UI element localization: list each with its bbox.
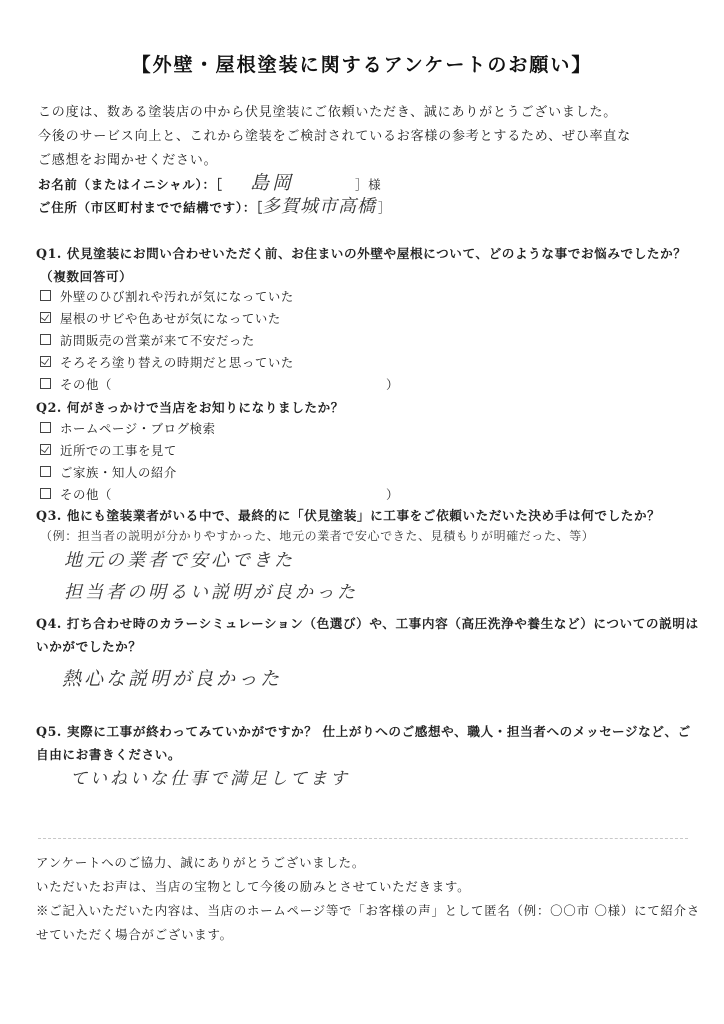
intro-line-1: この度は、数ある塗装店の中から伏見塗装にご依頼いただき、誠にありがとうございまし…: [38, 101, 617, 120]
q1-option-2[interactable]: 屋根のサビや色あせが気になっていた: [40, 309, 281, 327]
checkbox-icon[interactable]: [40, 488, 51, 499]
name-field[interactable]: 島岡: [250, 168, 294, 195]
q2-option-other[interactable]: その他（: [40, 485, 112, 503]
checkbox-icon[interactable]: [40, 334, 51, 345]
q2-option-2[interactable]: 近所での工事を見て: [40, 441, 177, 459]
closing-line-3: ※ご記入いただいた内容は、当店のホームページ等で「お客様の声」として匿名（例：〇…: [36, 901, 700, 919]
q1-option-other[interactable]: その他（: [40, 375, 112, 393]
checkbox-icon[interactable]: [40, 422, 51, 433]
checkbox-icon[interactable]: [40, 290, 51, 301]
name-label: お名前（またはイニシャル）：［: [38, 175, 223, 193]
q3-question: Q3. 他にも塗装業者がいる中で、最終的に「伏見塗装」に工事をご依頼いただいた決…: [36, 505, 660, 524]
q4-question-line-2: いかがでしたか？: [36, 636, 142, 655]
q3-example: （例：担当者の説明が分かりやすかった、地元の業者で安心できた、見積もりが明確だっ…: [40, 527, 594, 544]
q5-question-line-1: Q5. 実際に工事が終わってみていかがですか？ 仕上がりへのご感想や、職人・担当…: [36, 721, 691, 740]
intro-line-2: 今後のサービス向上と、これから塗装をご検討されているお客様の参考とするため、ぜひ…: [38, 125, 631, 144]
q1-option-3[interactable]: 訪問販売の営業が来て不安だった: [40, 331, 255, 349]
closing-line-4: せていただく場合がございます。: [36, 925, 233, 943]
q5-question-line-2: 自由にお書きください。: [36, 744, 181, 763]
checked-checkbox-icon[interactable]: [40, 356, 51, 367]
divider: [38, 838, 688, 839]
q1-note: （複数回答可）: [40, 266, 132, 285]
checked-checkbox-icon[interactable]: [40, 312, 51, 323]
address-suffix: ］: [378, 198, 391, 216]
name-suffix: ］様: [355, 175, 381, 193]
survey-title: 【外壁・屋根塗装に関するアンケートのお願い】: [0, 50, 724, 77]
q4-answer[interactable]: 熱心な説明が良かった: [62, 664, 282, 691]
q3-answer-line-1[interactable]: 地元の業者で安心できた: [64, 546, 295, 572]
q3-answer-line-2[interactable]: 担当者の明るい説明が良かった: [64, 578, 358, 604]
checked-checkbox-icon[interactable]: [40, 444, 51, 455]
q1-question: Q1. 伏見塗装にお問い合わせいただく前、お住まいの外壁や屋根について、どのよう…: [36, 243, 687, 262]
closing-line-2: いただいたお声は、当店の宝物として今後の励みとさせていただきます。: [36, 877, 470, 895]
q2-option-1[interactable]: ホームページ・ブログ検索: [40, 419, 216, 437]
q1-other-close: ）: [386, 375, 399, 393]
q1-option-1[interactable]: 外壁のひび割れや汚れが気になっていた: [40, 287, 294, 305]
address-label: ご住所（市区町村までで結構です）：［: [38, 198, 263, 216]
q2-other-close: ）: [386, 485, 399, 503]
q2-question: Q2. 何がきっかけで当店をお知りになりましたか？: [36, 397, 344, 416]
intro-line-3: ご感想をお聞かせください。: [38, 149, 217, 168]
address-field[interactable]: 多賀城市高橋: [262, 192, 376, 218]
checkbox-icon[interactable]: [40, 378, 51, 389]
q2-option-3[interactable]: ご家族・知人の紹介: [40, 463, 177, 481]
q5-answer[interactable]: ていねいな仕事で満足してます: [70, 764, 350, 789]
closing-line-1: アンケートへのご協力、誠にありがとうございました。: [36, 853, 365, 871]
q4-question-line-1: Q4. 打ち合わせ時のカラーシミュレーション（色選び）や、工事内容（高圧洗浄や養…: [36, 613, 699, 632]
checkbox-icon[interactable]: [40, 466, 51, 477]
q1-option-4[interactable]: そろそろ塗り替えの時期だと思っていた: [40, 353, 294, 371]
